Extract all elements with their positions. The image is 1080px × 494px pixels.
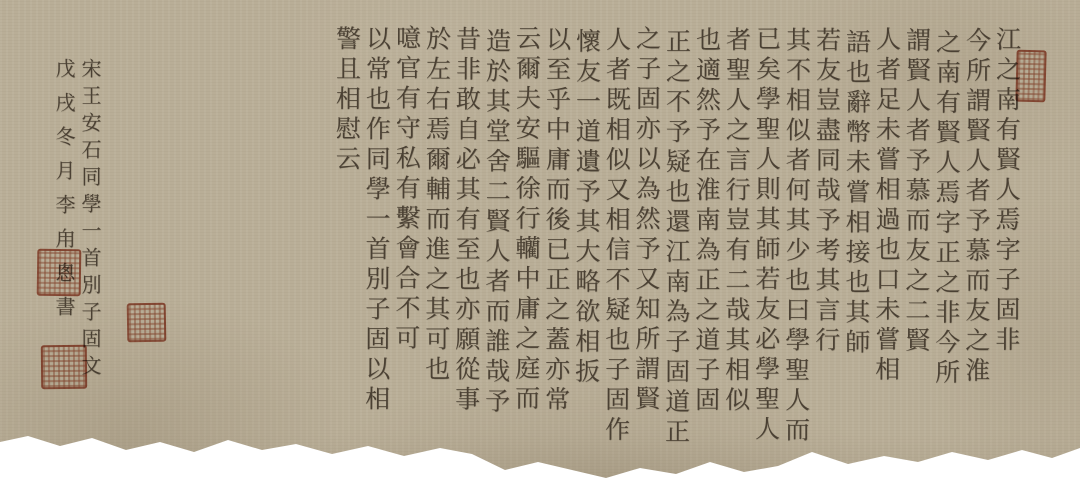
seal-stamp-icon xyxy=(37,249,82,297)
text-column: 於左右焉爾輔而進之其可也 xyxy=(423,26,449,466)
aged-paper-sheet: 江之南有賢人焉字子固非 今所謂賢人者予慕而友之淮 之南有賢人焉字正之非今所 謂賢… xyxy=(0,0,1080,494)
text-column: 謂賢人者予慕而友之二賢 xyxy=(903,27,929,467)
text-column: 正之不予疑也還江南為子固道正 xyxy=(663,28,689,468)
text-column: 造於其堂舍二賢人者而誰哉予 xyxy=(483,28,509,468)
text-column: 以至乎中庸而後已正之蓋亦常 xyxy=(543,26,569,466)
text-column: 其不相似者何其少也曰學聖人而 xyxy=(783,26,809,466)
text-column: 以常也作同學一首別子固以相 xyxy=(363,25,389,465)
text-column: 之子固亦以為然予又知所謂賢 xyxy=(633,25,659,465)
text-column: 語也辭幣未嘗相接也其師 xyxy=(843,29,869,469)
text-column: 云爾夫安驅徐行轥中庸之庭而 xyxy=(513,25,539,465)
essay-text-block: 江之南有賢人焉字子固非 今所謂賢人者予慕而友之淮 之南有賢人焉字正之非今所 謂賢… xyxy=(193,25,1024,467)
text-column: 懷友一道遺予其大略欲相扳 xyxy=(573,28,599,468)
text-column: 今所謂賢人者予慕而友之淮 xyxy=(963,27,989,467)
colophon-title-line: 宋王安石同學一首別子固文 xyxy=(80,58,100,478)
text-column: 昔非敢自必其有至也亦願從事 xyxy=(453,26,479,466)
text-column: 已矣學聖人則其師若友必學聖人 xyxy=(753,25,779,465)
text-column: 若友豈盡同哉予考其言行 xyxy=(813,27,839,467)
calligraphy-scan: 江之南有賢人焉字子固非 今所謂賢人者予慕而友之淮 之南有賢人焉字正之非今所 謂賢… xyxy=(0,0,1080,494)
text-column: 人者既相似又相信不疑也子固作 xyxy=(603,26,629,466)
text-column: 者聖人之言行豈有二哉其相似 xyxy=(723,26,749,466)
text-column: 警且相慰云 xyxy=(333,25,359,465)
text-column: 之南有賢人焉字正之非今所 xyxy=(933,29,959,469)
seal-stamp-icon xyxy=(1015,50,1046,103)
text-column: 人者足未嘗相過也口未嘗相 xyxy=(873,26,899,466)
text-column: 也適然予在淮南為正之道子固 xyxy=(693,26,719,466)
text-column: 噫官有守私有繫會合不可 xyxy=(393,24,419,464)
seal-stamp-icon xyxy=(41,345,87,389)
seal-stamp-icon xyxy=(127,303,167,343)
